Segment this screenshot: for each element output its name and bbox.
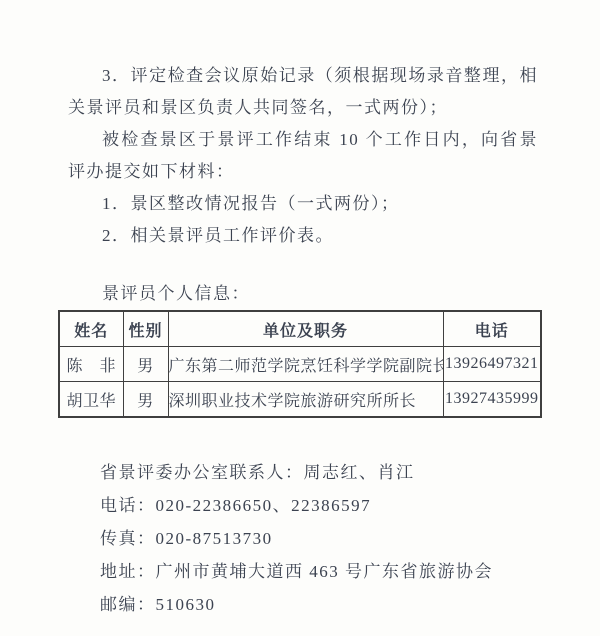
contact-line-postal-code: 邮编：510630 (100, 588, 538, 621)
table-row: 陈 非 男 广东第二师范学院烹饪科学学院副院长 13926497321 (59, 347, 541, 382)
table-caption: 景评员个人信息： (102, 278, 538, 310)
paragraph-submit-materials: 被检查景区于景评工作结束 10 个工作日内，向省景评办提交如下材料： (68, 124, 538, 188)
list-item-evaluation-form: 2．相关景评员工作评价表。 (68, 220, 538, 252)
column-header-name: 姓名 (59, 311, 123, 347)
contact-line-address: 地址：广州市黄埔大道西 463 号广东省旅游协会 (100, 555, 538, 588)
contact-line-office-contacts: 省景评委办公室联系人：周志红、肖江 (100, 456, 538, 489)
document-page: 3．评定检查会议原始记录（须根据现场录音整理，相关景评员和景区负责人共同签名，一… (0, 0, 600, 636)
column-header-unit-position: 单位及职务 (168, 311, 443, 347)
table-row: 胡卫华 男 深圳职业技术学院旅游研究所所长 13927435999 (59, 382, 541, 418)
evaluator-info-table: 姓名 性别 单位及职务 电话 陈 非 男 广东第二师范学院烹饪科学学院副院长 1… (58, 310, 542, 418)
list-item-rectification-report: 1．景区整改情况报告（一式两份）； (68, 188, 538, 220)
contact-block: 省景评委办公室联系人：周志红、肖江 电话：020-22386650、223865… (100, 456, 538, 621)
cell-name: 陈 非 (59, 347, 123, 382)
cell-gender: 男 (123, 347, 168, 382)
contact-line-fax: 传真：020-87513730 (100, 522, 538, 555)
table-header-row: 姓名 性别 单位及职务 电话 (59, 311, 541, 347)
paragraph-meeting-record: 3．评定检查会议原始记录（须根据现场录音整理，相关景评员和景区负责人共同签名，一… (68, 60, 538, 124)
contact-line-phone: 电话：020-22386650、22386597 (100, 489, 538, 522)
cell-unit-position: 广东第二师范学院烹饪科学学院副院长 (168, 347, 443, 382)
cell-phone: 13927435999 (443, 382, 541, 418)
column-header-phone: 电话 (443, 311, 541, 347)
column-header-gender: 性别 (123, 311, 168, 347)
cell-gender: 男 (123, 382, 168, 418)
cell-name: 胡卫华 (59, 382, 123, 418)
cell-unit-position: 深圳职业技术学院旅游研究所所长 (168, 382, 443, 418)
cell-phone: 13926497321 (443, 347, 541, 382)
